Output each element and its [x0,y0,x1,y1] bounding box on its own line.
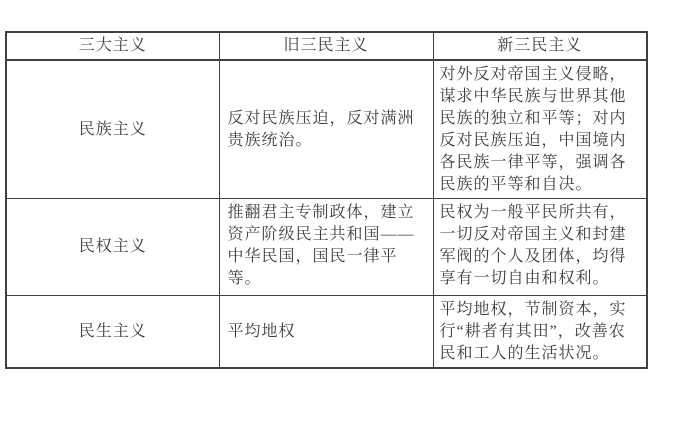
header-new-three-principles: 新三民主义 [433,32,647,60]
header-three-principles: 三大主义 [6,32,219,60]
cell-old-democracy: 推翻君主专制政体，建立资产阶级民主共和国——中华民国，国民一律平等。 [219,199,433,296]
header-old-three-principles: 旧三民主义 [219,32,433,60]
cell-principle-livelihood: 民生主义 [6,296,219,369]
cell-new-nationalism: 对外反对帝国主义侵略，谋求中华民族与世界其他民族的独立和平等；对内反对民族压迫，… [433,60,647,199]
table-row-democracy: 民权主义 推翻君主专制政体，建立资产阶级民主共和国——中华民国，国民一律平等。 … [6,199,647,296]
cell-old-livelihood: 平均地权 [219,296,433,369]
cell-principle-nationalism: 民族主义 [6,60,219,199]
cell-new-livelihood: 平均地权，节制资本，实行“耕者有其田”，改善农民和工人的生活状况。 [433,296,647,369]
table-row-livelihood: 民生主义 平均地权 平均地权，节制资本，实行“耕者有其田”，改善农民和工人的生活… [6,296,647,369]
cell-new-democracy: 民权为一般平民所共有，一切反对帝国主义和封建军阀的个人及团体，均得享有一切自由和… [433,199,647,296]
principles-comparison-table: 三大主义 旧三民主义 新三民主义 民族主义 反对民族压迫，反对满洲贵族统治。 对… [5,31,648,369]
table-row-nationalism: 民族主义 反对民族压迫，反对满洲贵族统治。 对外反对帝国主义侵略，谋求中华民族与… [6,60,647,199]
cell-old-nationalism: 反对民族压迫，反对满洲贵族统治。 [219,60,433,199]
table-header-row: 三大主义 旧三民主义 新三民主义 [6,32,647,60]
cell-principle-democracy: 民权主义 [6,199,219,296]
page: { "document": { "background_color": "#ff… [0,0,683,430]
